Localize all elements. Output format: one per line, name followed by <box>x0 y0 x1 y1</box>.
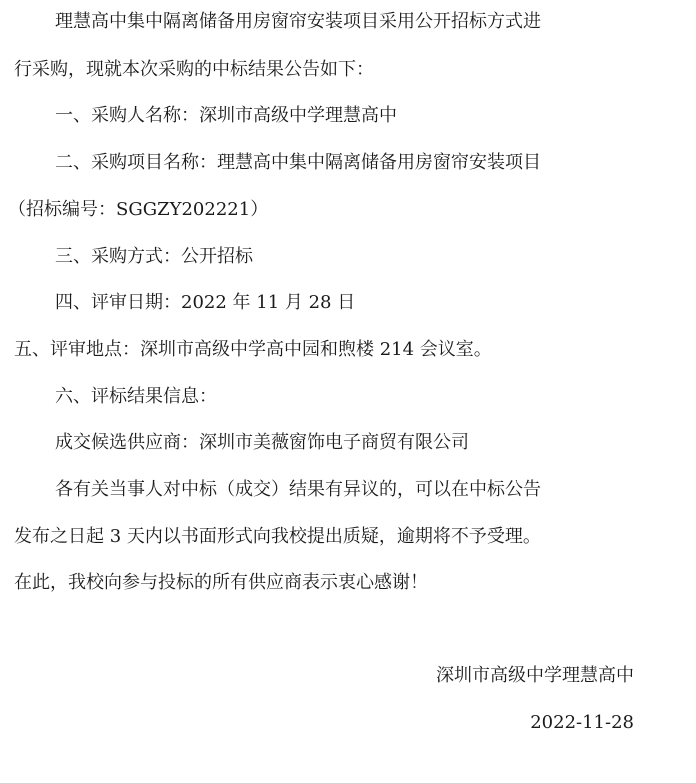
evaluation-result-heading: 六、评标结果信息： <box>55 385 217 409</box>
intro-paragraph-line-1: 理慧高中集中隔离储备用房窗帘安装项目采用公开招标方式进 <box>55 10 541 34</box>
review-location: 五、评审地点：深圳市高级中学高中园和煦楼 214 会议室。 <box>14 338 492 362</box>
winning-supplier: 成交候选供应商：深圳市美薇窗饰电子商贸有限公司 <box>55 431 469 455</box>
thanks-statement: 在此，我校向参与投标的所有供应商表示衷心感谢！ <box>14 571 428 595</box>
procurement-method: 三、采购方式：公开招标 <box>55 245 253 269</box>
tender-number: （招标编号：SGGZY202221） <box>8 198 268 222</box>
announcement-document: 理慧高中集中隔离储备用房窗帘安装项目采用公开招标方式进 行采购，现就本次采购的中… <box>0 0 696 783</box>
signature-organization: 深圳市高级中学理慧高中 <box>436 664 634 688</box>
signature-date: 2022-11-28 <box>530 711 634 735</box>
objection-notice-line-2: 发布之日起 3 天内以书面形式向我校提出质疑，逾期将不予受理。 <box>14 525 541 549</box>
project-name-line-1: 二、采购项目名称：理慧高中集中隔离储备用房窗帘安装项目 <box>55 151 541 175</box>
purchaser-name: 一、采购人名称：深圳市高级中学理慧高中 <box>55 104 397 128</box>
intro-paragraph-line-2: 行采购，现就本次采购的中标结果公告如下： <box>14 58 374 82</box>
objection-notice-line-1: 各有关当事人对中标（成交）结果有异议的，可以在中标公告 <box>55 478 541 502</box>
review-date: 四、评审日期：2022 年 11 月 28 日 <box>55 291 355 315</box>
